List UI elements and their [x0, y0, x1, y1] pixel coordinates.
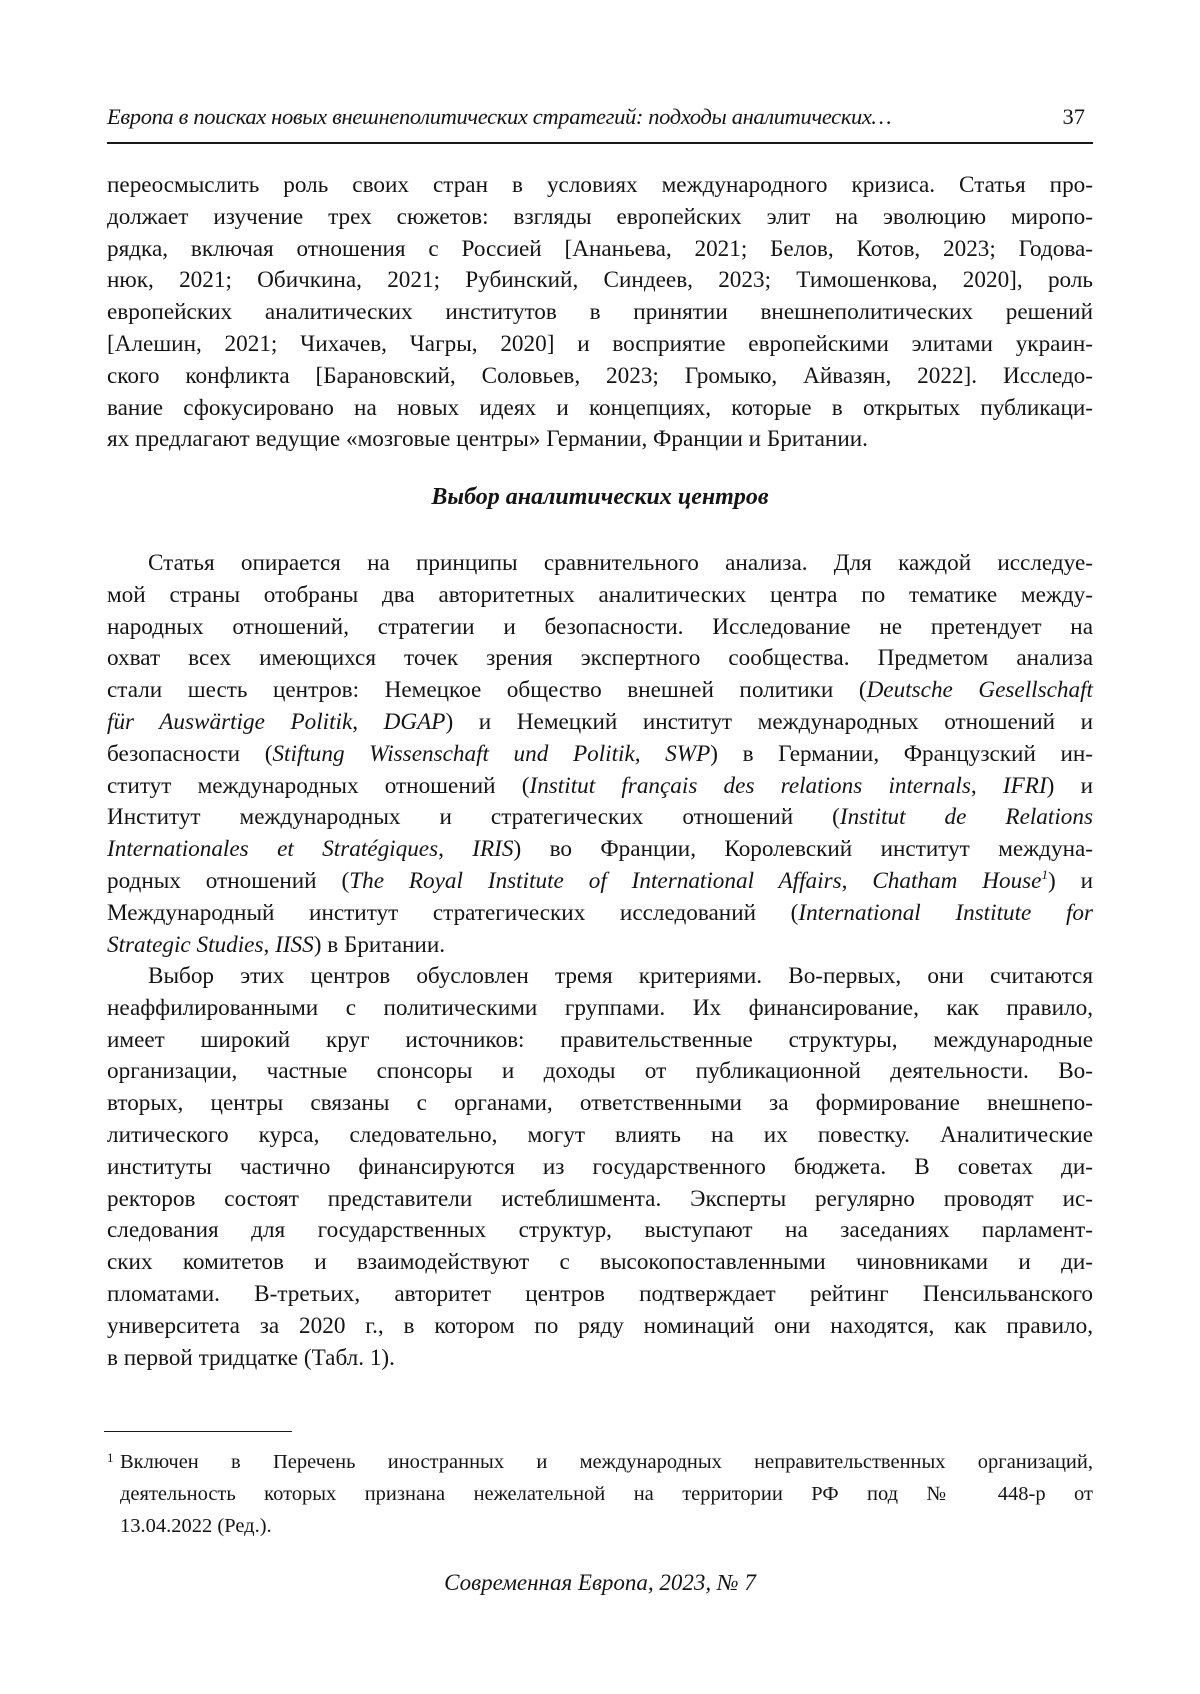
- italic-run: für Auswärtige Politik: [107, 709, 352, 735]
- section-heading: Выбор аналитических центров: [107, 484, 1093, 511]
- footnote: 1 Включен в Перечень иностранных и между…: [107, 1446, 1093, 1541]
- text-line: für Auswärtige Politik, DGAP) и Немецкий…: [107, 707, 1093, 739]
- italic-run: International Institute for: [798, 900, 1093, 926]
- text-line: Internationales et Stratégiques, IRIS) в…: [107, 834, 1093, 866]
- text-line: народных отношений, стратегии и безопасн…: [107, 612, 1093, 644]
- italic-run: IISS: [275, 932, 314, 958]
- text-line: нюк, 2021; Обичкина, 2021; Рубинский, Си…: [107, 265, 1093, 297]
- text-run: родных отношений (: [107, 868, 349, 894]
- italic-run: Institut de Relations: [840, 804, 1093, 830]
- text-line: должает изучение трех сюжетов: взгляды е…: [107, 202, 1093, 234]
- text-line: ских комитетов и взаимодействуют с высок…: [107, 1247, 1093, 1279]
- text-line: Институт международных и стратегических …: [107, 802, 1093, 834]
- text-line: организации, частные спонсоры и доходы о…: [107, 1056, 1093, 1088]
- text-run: Институт международных и стратегических …: [107, 804, 840, 830]
- text-run: ) и: [1048, 868, 1093, 894]
- italic-run: Internationales et Stratégiques: [107, 836, 438, 862]
- paragraph-selection-of-centers: Статья опирается на принципы сравнительн…: [107, 548, 1093, 961]
- text-line: следования для государственных структур,…: [107, 1215, 1093, 1247]
- header-rule: [107, 142, 1093, 144]
- text-line: рядка, включая отношения с Россией [Анан…: [107, 234, 1093, 266]
- text-line: охват всех имеющихся точек зрения экспер…: [107, 643, 1093, 675]
- text-line: европейских аналитических институтов в п…: [107, 297, 1093, 329]
- text-run: ) в Германии, Французский ин-: [710, 741, 1093, 767]
- text-run: ститут международных отношений (: [107, 773, 529, 799]
- text-line: Strategic Studies, IISS) в Британии.: [107, 930, 1093, 962]
- text-run: ) и: [1047, 773, 1093, 799]
- text-line: ректоров состоят представители истеблишм…: [107, 1184, 1093, 1216]
- text-run: Международный институт стратегических ис…: [107, 900, 798, 926]
- italic-run: Chatham House: [872, 868, 1041, 894]
- text-run: ) и Немецкий институт международных отно…: [445, 709, 1093, 735]
- text-line: вторых, центры связаны с органами, ответ…: [107, 1088, 1093, 1120]
- text-line: ститут международных отношений (Institut…: [107, 771, 1093, 803]
- text-line: мой страны отобраны два авторитетных ана…: [107, 580, 1093, 612]
- text-run: ,: [438, 836, 472, 862]
- footnote-line: 13.04.2022 (Ред.).: [107, 1510, 1093, 1542]
- text-line: литического курса, следовательно, могут …: [107, 1120, 1093, 1152]
- running-header: Европа в поисках новых внешнеполитически…: [107, 104, 1093, 136]
- page-number: 37: [1063, 104, 1086, 130]
- text-line: в первой тридцатке (Табл. 1).: [107, 1343, 1093, 1375]
- text-line: неаффилированными с политическими группа…: [107, 993, 1093, 1025]
- text-line: институты частично финансируются из госу…: [107, 1152, 1093, 1184]
- italic-run: DGAP: [384, 709, 446, 735]
- italic-run: Stiftung Wissenschaft und Politik: [272, 741, 634, 767]
- text-run: стали шесть центров: Немецкое общество в…: [107, 677, 867, 703]
- footnote-line: Включен в Перечень иностранных и междуна…: [107, 1446, 1093, 1478]
- italic-run: Deutsche Gesellschaft: [867, 677, 1093, 703]
- document-page: Европа в поисках новых внешнеполитически…: [0, 0, 1200, 1694]
- text-line: вание сфокусировано на новых идеях и кон…: [107, 393, 1093, 425]
- italic-run: Strategic Studies: [107, 932, 264, 958]
- paragraph-selection-criteria: Выбор этих центров обусловлен тремя крит…: [107, 961, 1093, 1374]
- text-line: Статья опирается на принципы сравнительн…: [107, 548, 1093, 580]
- text-run: ) во Франции, Королевский институт между…: [514, 836, 1094, 862]
- footnote-line: деятельность которых признана нежелатель…: [107, 1478, 1093, 1510]
- text-line: безопасности (Stiftung Wissenschaft und …: [107, 739, 1093, 771]
- text-line: ского конфликта [Барановский, Соловьев, …: [107, 361, 1093, 393]
- text-line: [Алешин, 2021; Чихачев, Чагры, 2020] и в…: [107, 329, 1093, 361]
- text-line: родных отношений (The Royal Institute of…: [107, 866, 1093, 898]
- text-run: ,: [971, 773, 1003, 799]
- text-run: ,: [635, 741, 665, 767]
- text-line: переосмыслить роль своих стран в условия…: [107, 170, 1093, 202]
- intro-paragraph: переосмыслить роль своих стран в условия…: [107, 170, 1093, 456]
- italic-run: IFRI: [1003, 773, 1047, 799]
- footnote-marker: 1: [107, 1442, 114, 1474]
- text-line: стали шесть центров: Немецкое общество в…: [107, 675, 1093, 707]
- text-run: ,: [842, 868, 873, 894]
- text-run: ,: [264, 932, 276, 958]
- italic-run: IRIS: [472, 836, 513, 862]
- text-line: имеет широкий круг источников: правитель…: [107, 1025, 1093, 1057]
- text-run: ,: [352, 709, 383, 735]
- text-line: университета за 2020 г., в котором по ря…: [107, 1311, 1093, 1343]
- footnote-separator: [104, 1431, 292, 1432]
- running-title: Европа в поисках новых внешнеполитически…: [107, 104, 891, 130]
- running-footer: Современная Европа, 2023, № 7: [107, 1570, 1093, 1596]
- italic-run: The Royal Institute of International Aff…: [349, 868, 841, 894]
- text-line: Выбор этих центров обусловлен тремя крит…: [107, 961, 1093, 993]
- text-run: безопасности (: [107, 741, 272, 767]
- text-line: пломатами. В-третьих, авторитет центров …: [107, 1279, 1093, 1311]
- text-line: Международный институт стратегических ис…: [107, 898, 1093, 930]
- text-line: ях предлагают ведущие «мозговые центры» …: [107, 424, 1093, 456]
- text-run: ) в Британии.: [314, 932, 445, 958]
- italic-run: Institut français des relations internal…: [529, 773, 970, 799]
- italic-run: SWP: [665, 741, 710, 767]
